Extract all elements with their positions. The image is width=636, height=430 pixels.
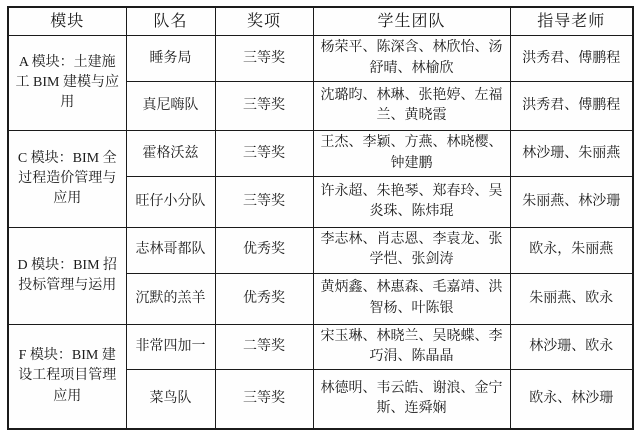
students-cell: 李志林、肖志恩、李袁龙、张学恺、张剑涛 [313,228,510,274]
students-cell: 许永超、朱艳琴、郑春玲、吴炎珠、陈炜琨 [313,177,510,228]
header-cell-team: 队名 [126,7,215,36]
team-cell: 霍格沃兹 [126,131,215,177]
award-cell: 优秀奖 [215,273,313,324]
advisors-cell: 洪秀君、傅鹏程 [510,82,633,131]
table-row: F 模块：BIM 建设工程项目管理应用 非常四加一 二等奖 宋玉琳、林晓兰、吴晓… [8,324,633,370]
awards-table: 模块 队名 奖项 学生团队 指导老师 A 模块：土建施工 BIM 建模与应用 睡… [7,6,634,430]
header-cell-students: 学生团队 [313,7,510,36]
advisors-cell: 洪秀君、傅鹏程 [510,36,633,82]
students-cell: 杨荣平、陈深含、林欣怡、汤舒晴、林榆欣 [313,36,510,82]
students-cell: 林德明、韦云皓、谢浪、金宁斯、连舜娴 [313,370,510,430]
students-cell: 宋玉琳、林晓兰、吴晓蝶、李巧涓、陈晶晶 [313,324,510,370]
header-cell-module: 模块 [8,7,126,36]
advisors-cell: 林沙珊、朱丽燕 [510,131,633,177]
advisors-cell: 林沙珊、欧永 [510,324,633,370]
team-cell: 真尼嗨队 [126,82,215,131]
students-cell: 沈璐昀、林琳、张艳婷、左福兰、黄晓霞 [313,82,510,131]
module-cell: C 模块：BIM 全过程造价管理与应用 [8,131,126,228]
team-cell: 睡务局 [126,36,215,82]
team-cell: 非常四加一 [126,324,215,370]
team-cell: 旺仔小分队 [126,177,215,228]
table-row: D 模块：BIM 招投标管理与运用 志林哥都队 优秀奖 李志林、肖志恩、李袁龙、… [8,228,633,274]
award-cell: 二等奖 [215,324,313,370]
award-cell: 三等奖 [215,177,313,228]
award-cell: 三等奖 [215,131,313,177]
students-cell: 王杰、李颖、方燕、林晓樱、钟建鹏 [313,131,510,177]
table-row: C 模块：BIM 全过程造价管理与应用 霍格沃兹 三等奖 王杰、李颖、方燕、林晓… [8,131,633,177]
award-cell: 三等奖 [215,36,313,82]
award-cell: 优秀奖 [215,228,313,274]
header-row: 模块 队名 奖项 学生团队 指导老师 [8,7,633,36]
module-cell: A 模块：土建施工 BIM 建模与应用 [8,36,126,131]
team-cell: 志林哥都队 [126,228,215,274]
header-cell-award: 奖项 [215,7,313,36]
students-cell: 黄炳鑫、林惠森、毛嘉靖、洪智杨、叶陈银 [313,273,510,324]
header-cell-advisors: 指导老师 [510,7,633,36]
award-cell: 三等奖 [215,370,313,430]
advisors-cell: 欧永，朱丽燕 [510,228,633,274]
table-row: A 模块：土建施工 BIM 建模与应用 睡务局 三等奖 杨荣平、陈深含、林欣怡、… [8,36,633,82]
advisors-cell: 朱丽燕、林沙珊 [510,177,633,228]
advisors-cell: 朱丽燕、欧永 [510,273,633,324]
advisors-cell: 欧永、林沙珊 [510,370,633,430]
module-cell: D 模块：BIM 招投标管理与运用 [8,228,126,325]
award-cell: 三等奖 [215,82,313,131]
team-cell: 沉默的羔羊 [126,273,215,324]
module-cell: F 模块：BIM 建设工程项目管理应用 [8,324,126,429]
team-cell: 菜鸟队 [126,370,215,430]
